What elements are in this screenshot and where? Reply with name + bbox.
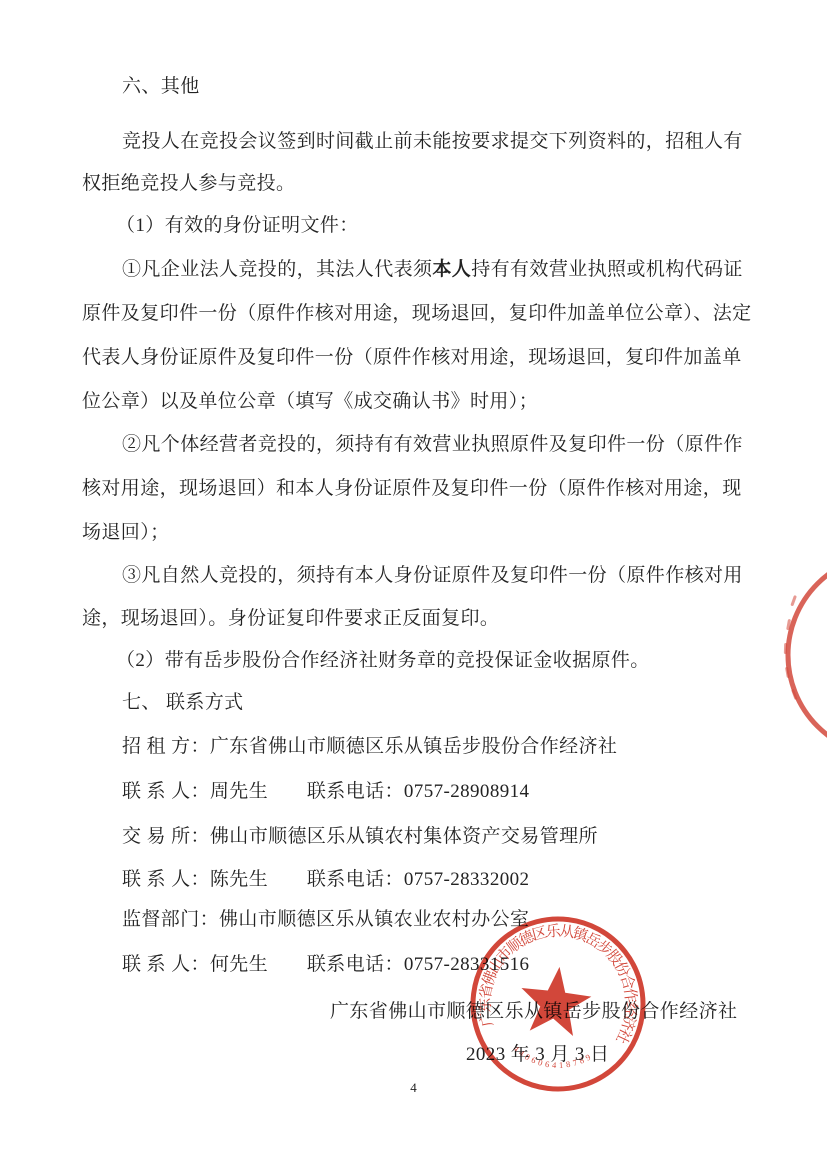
contact-lessor: 招 租 方：广东省佛山市顺德区乐从镇岳步股份合作经济社 <box>82 735 782 760</box>
signature-date: 2023 年 3 月 3 日 <box>82 1043 782 1068</box>
intro-line-2: 权拒绝竞投人参与竞投。 <box>82 172 782 197</box>
contact-person-he: 联 系 人：何先生 联系电话：0757-28331516 <box>82 953 782 978</box>
item-1-heading: （1）有效的身份证明文件： <box>82 214 782 239</box>
item-1-2-line-3: 场退回）； <box>82 521 782 546</box>
document-lines: 六、其他竞投人在竞投会议签到时间截止前未能按要求提交下列资料的，招租人有权拒绝竞… <box>0 0 827 1169</box>
item-1-2-line-2: 核对用途，现场退回）和本人身份证原件及复印件一份（原件作核对用途，现 <box>82 477 782 502</box>
item-1-1-line-2: 原件及复印件一份（原件作核对用途，现场退回，复印件加盖单位公章）、法定 <box>82 302 782 327</box>
item-1-3-line-2: 途，现场退回）。身份证复印件要求正反面复印。 <box>82 607 782 632</box>
item-1-3-line-1: ③凡自然人竞投的，须持有本人身份证原件及复印件一份（原件作核对用 <box>82 564 782 589</box>
item-1-1-line-1: ①凡企业法人竞投的，其法人代表须本人持有有效营业执照或机构代码证 <box>82 258 782 283</box>
item-1-2-line-1: ②凡个体经营者竞投的，须持有有效营业执照原件及复印件一份（原件作 <box>82 433 782 458</box>
contact-person-chen: 联 系 人：陈先生 联系电话：0757-28332002 <box>82 868 782 893</box>
document-page: 六、其他竞投人在竞投会议签到时间截止前未能按要求提交下列资料的，招租人有权拒绝竞… <box>0 0 827 1169</box>
signature-org: 广东省佛山市顺德区乐从镇岳步股份合作经济社 <box>82 1000 782 1025</box>
item-1-1-line-3: 代表人身份证原件及复印件一份（原件作核对用途，现场退回，复印件加盖单 <box>82 346 782 371</box>
page-number: 4 <box>0 1080 827 1096</box>
section-7-heading: 七、 联系方式 <box>82 691 782 716</box>
contact-exchange: 交 易 所：佛山市顺德区乐从镇农村集体资产交易管理所 <box>82 825 782 850</box>
contact-person-zhou: 联 系 人：周先生 联系电话：0757-28908914 <box>82 780 782 805</box>
intro-line-1: 竞投人在竞投会议签到时间截止前未能按要求提交下列资料的，招租人有 <box>82 130 782 155</box>
item-1-1-line-4: 位公章）以及单位公章（填写《成交确认书》时用）； <box>82 390 782 415</box>
item-2-line: （2）带有岳步股份合作经济社财务章的竞投保证金收据原件。 <box>82 649 782 674</box>
section-6-heading: 六、其他 <box>82 75 782 100</box>
contact-supervision-dept: 监督部门：佛山市顺德区乐从镇农业农村办公室 <box>82 908 782 933</box>
